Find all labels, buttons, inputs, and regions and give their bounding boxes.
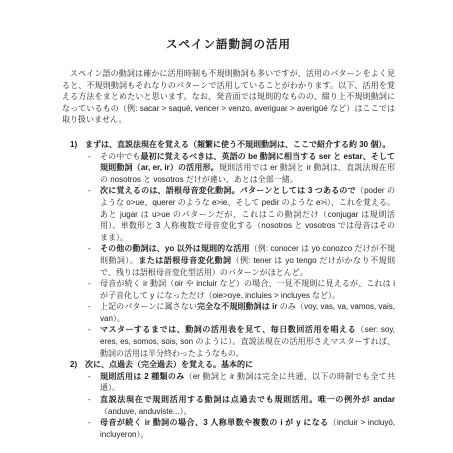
list-item: -母音が続く ir 動詞（oir や incluir など）の場合、一見不規則に… — [70, 278, 395, 301]
text-segment: 規則活用は 2 種類のみ — [100, 372, 185, 381]
bullet-text: マスターするまでは、動詞の活用表を見て、毎日数回活用を唱える（ser: soy,… — [100, 324, 395, 359]
text-segment: 直説法現在で規則活用する動詞は点過去でも規則活用。唯一の例外が andar — [100, 395, 395, 404]
bullet-text: 規則活用は 2 種類のみ（er 動詞と ir 動詞は完全に共通、以下の時制でも全… — [100, 371, 395, 394]
text-segment: その中でも — [100, 152, 141, 161]
bullet-marker: - — [88, 243, 100, 278]
list-item: -その他の動詞は、yo 以外は規則的な活用（例: conocer は yo co… — [70, 243, 395, 278]
bullet-text: 直説法現在で規則活用する動詞は点過去でも規則活用。唯一の例外が andar（an… — [100, 394, 395, 417]
bullet-list: -規則活用は 2 種類のみ（er 動詞と ir 動詞は完全に共通、以下の時制でも… — [70, 371, 395, 441]
list-item: -直説法現在で規則活用する動詞は点過去でも規則活用。唯一の例外が andar（a… — [70, 394, 395, 417]
list-item: -次に覚えるのは、語根母音変化動詞。パターンとしては 3 つあるので（poder… — [70, 185, 395, 243]
section-heading: 2)次に、点過去（完全過去）を覚える。基本的に — [70, 359, 395, 371]
bullet-marker: - — [88, 301, 100, 324]
sections: 1)まずは、直説法現在を覚える（頻繁に使う不規則動詞は、ここで紹介する約 30 … — [62, 139, 395, 440]
bullet-marker: - — [88, 371, 100, 394]
bullet-text: その他の動詞は、yo 以外は規則的な活用（例: conocer は yo con… — [100, 243, 395, 278]
bullet-marker: - — [88, 417, 100, 440]
text-segment: または語根母音変化動詞 — [138, 256, 231, 265]
page-title: スペイン語動詞の活用 — [62, 36, 395, 52]
text-segment: マスターするまでは、動詞の活用表を見て、毎日数回活用を唱える — [100, 325, 356, 334]
section-number: 1) — [70, 139, 85, 151]
section-heading-text: 次に、点過去（完全過去）を覚える。基本的に — [85, 359, 395, 371]
list-item: -マスターするまでは、動詞の活用表を見て、毎日数回活用を唱える（ser: soy… — [70, 324, 395, 359]
list-item: -母音が続く ir 動詞の場合、3 人称単数や複数の i が y になる（inc… — [70, 417, 395, 440]
bullet-text: その中でも最初に覚えるべきは、英語の be 動詞に相当する ser と esta… — [100, 151, 395, 186]
bullet-text: 次に覚えるのは、語根母音変化動詞。パターンとしては 3 つあるので（poder … — [100, 185, 395, 243]
section: 1)まずは、直説法現在を覚える（頻繁に使う不規則動詞は、ここで紹介する約 30 … — [62, 139, 395, 359]
list-item: -その中でも最初に覚えるべきは、英語の be 動詞に相当する ser と est… — [70, 151, 395, 186]
bullet-marker: - — [88, 151, 100, 186]
text-segment: 完全な不規則動詞は ir — [197, 302, 278, 311]
text-segment: 次に覚えるのは、語根母音変化動詞。パターンとしては 3 つあるので — [100, 186, 356, 195]
bullet-marker: - — [88, 278, 100, 301]
bullet-marker: - — [88, 394, 100, 417]
section: 2)次に、点過去（完全過去）を覚える。基本的に-規則活用は 2 種類のみ（er … — [62, 359, 395, 440]
bullet-text: 母音が続く ir 動詞の場合、3 人称単数や複数の i が y になる（incl… — [100, 417, 395, 440]
section-heading-text: まずは、直説法現在を覚える（頻繁に使う不規則動詞は、ここで紹介する約 30 個）… — [85, 139, 395, 151]
list-item: -上記のパターンに属さない完全な不規則動詞は ir のみ（voy, vas, v… — [70, 301, 395, 324]
bullet-text: 母音が続く ir 動詞（oir や incluir など）の場合、一見不規則に見… — [100, 278, 395, 301]
document-page: スペイン語動詞の活用 スペイン語の動詞は確かに活用時制も不規則動詞も多いですが、… — [0, 0, 453, 453]
bullet-text: 上記のパターンに属さない完全な不規則動詞は ir のみ（voy, vas, va… — [100, 301, 395, 324]
section-number: 2) — [70, 359, 85, 371]
intro-paragraph: スペイン語の動詞は確かに活用時制も不規則動詞も多いですが、活用のパターンをよく見… — [62, 68, 395, 126]
text-segment: 母音が続く ir 動詞（oir や incluir など）の場合、一見不規則に見… — [100, 279, 395, 300]
text-segment: 母音が続く ir 動詞の場合、3 人称単数や複数の i が y になる — [100, 418, 329, 427]
text-segment: その他の動詞は、yo 以外は規則的な活用 — [100, 244, 250, 253]
text-segment: まずは、直説法現在を覚える（頻繁に使う不規則動詞は、ここで紹介する約 30 個）… — [85, 140, 390, 149]
text-segment: 上記のパターンに属さない — [100, 302, 197, 311]
list-item: -規則活用は 2 種類のみ（er 動詞と ir 動詞は完全に共通、以下の時制でも… — [70, 371, 395, 394]
bullet-marker: - — [88, 324, 100, 359]
bullet-list: -その中でも最初に覚えるべきは、英語の be 動詞に相当する ser と est… — [70, 151, 395, 360]
section-heading: 1)まずは、直説法現在を覚える（頻繁に使う不規則動詞は、ここで紹介する約 30 … — [70, 139, 395, 151]
text-segment: 次に、点過去（完全過去）を覚える。基本的に — [85, 360, 253, 369]
text-segment: （anduve, anduviste...）。 — [100, 407, 192, 416]
bullet-marker: - — [88, 185, 100, 243]
text-segment: スペイン語の動詞は確かに活用時制も不規則動詞も多いですが、活用のパターンをよく見… — [62, 69, 395, 124]
